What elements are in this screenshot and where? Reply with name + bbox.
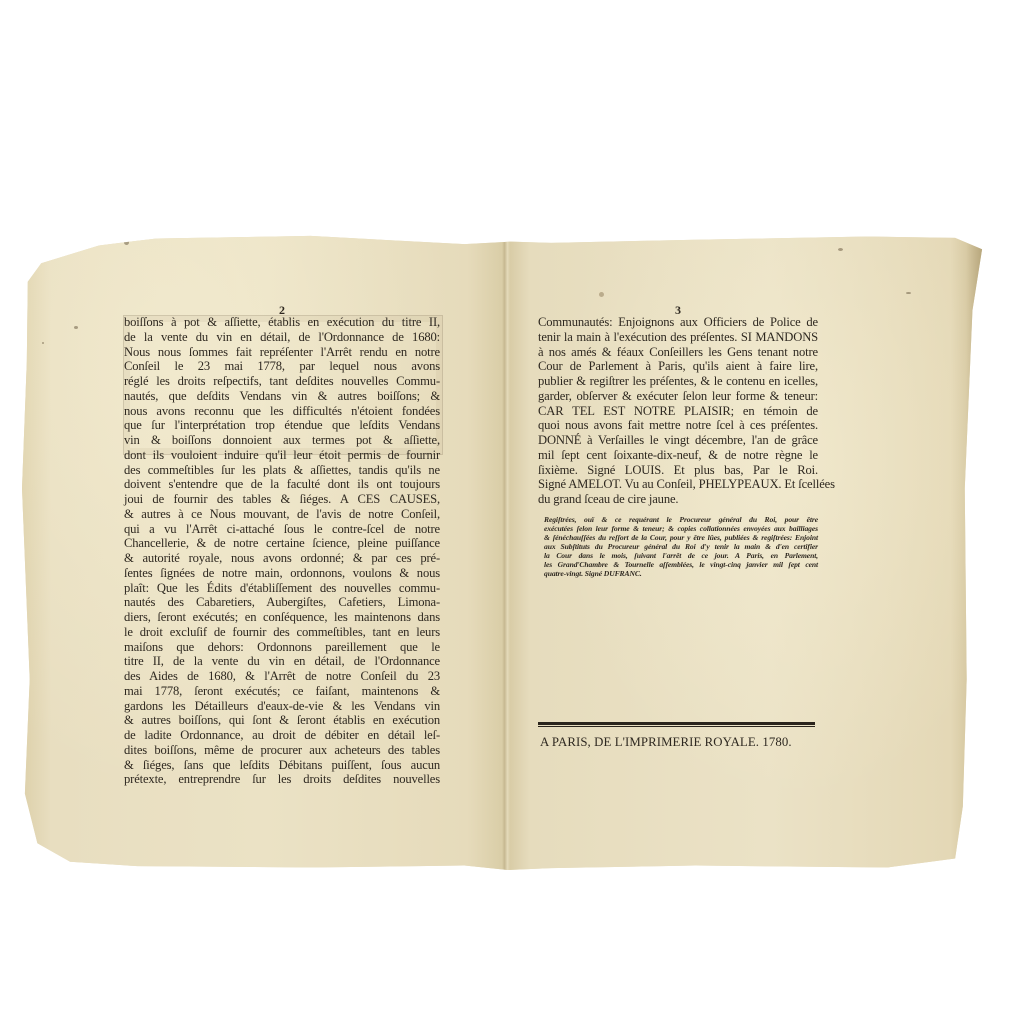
text-line: doivent s'entendre que de la faculté don…: [124, 477, 440, 492]
registration-line: les Grand'Chambre & Tournelle aſſemblées…: [544, 560, 818, 569]
stain-mark: [906, 292, 911, 294]
text-line: maiſons que dehors: Ordonnons pareilleme…: [124, 640, 440, 655]
text-line: garder, obſerver & exécuter ſelon leur f…: [538, 389, 818, 404]
page-number: 3: [538, 306, 818, 315]
text-line: vin & boiſſons donnoient aux termes pot …: [124, 433, 440, 448]
right-page: 3 Communautés: Enjoignons aux Officiers …: [506, 234, 984, 870]
imprint-block: A PARIS, DE L'IMPRIMERIE ROYALE. 1780.: [538, 722, 815, 750]
text-line: publier & regiſtrer les préſentes, & le …: [538, 374, 818, 389]
text-line: ſentes ſignées de notre main, ordonnons,…: [124, 566, 440, 581]
text-line: tenir la main à l'exécution des préſente…: [538, 330, 818, 345]
stain-mark: [42, 342, 44, 344]
text-line: plaît: Que les Édits d'établiſſement des…: [124, 581, 440, 596]
text-line: & autres boiſſons, qui ſont & ſeront éta…: [124, 713, 440, 728]
registration-line: & ſénéchauſſées du reſſort de la Cour, p…: [544, 533, 818, 542]
text-line: qui a vu l'Arrêt ci-attaché ſous le cont…: [124, 522, 440, 537]
text-line: réglé les droits reſpectifs, tant deſdit…: [124, 374, 440, 389]
text-line: Conſeil le 23 mai 1778, par lequel nous …: [124, 359, 440, 374]
registration-line: quatre-vingt. Signé DUFRANC.: [544, 569, 818, 578]
text-line: titre II, de la vente du vin en détail, …: [124, 654, 440, 669]
text-line: dont ils vouloient induire qu'il leur ét…: [124, 448, 440, 463]
text-line: joui de fournir des tables & ſiéges. A C…: [124, 492, 440, 507]
text-line: boiſſons à pot & aſſiette, établis en ex…: [124, 315, 440, 330]
text-line: du grand ſceau de cire jaune.: [538, 492, 818, 507]
registration-line: exécutées ſelon leur forme & teneur; & c…: [544, 524, 818, 533]
text-line: mai 1778, ſeront exécutés; ce faiſant, m…: [124, 684, 440, 699]
text-line: & autres à ce Nous mouvant, de l'avis de…: [124, 507, 440, 522]
registration-line: la Cour dans le mois, ſuivant l'arrêt de…: [544, 551, 818, 560]
double-rule-thick: [538, 722, 815, 725]
registration-note: Regiſtrées, ouï & ce requérant le Procur…: [538, 515, 818, 578]
stain-mark: [74, 326, 78, 329]
printer-imprint: A PARIS, DE L'IMPRIMERIE ROYALE. 1780.: [538, 735, 815, 750]
registration-line: aux Subſtituts du Procureur général du R…: [544, 542, 818, 551]
right-page-text: 3 Communautés: Enjoignons aux Officiers …: [538, 306, 818, 578]
text-line: que ſur l'interprétation trop étendue qu…: [124, 418, 440, 433]
text-line: diers, ſeront exécutés; en conſéquence, …: [124, 610, 440, 625]
stain-mark: [599, 292, 604, 297]
text-line: CAR TEL EST NOTRE PLAISIR; en témoin de: [538, 404, 818, 419]
double-rule-thin: [538, 726, 815, 727]
text-line: nautés, que deſdits Vendans vin & autres…: [124, 389, 440, 404]
text-line: nautés des Cabaretiers, Aubergiſtes, Caf…: [124, 595, 440, 610]
text-line: Signé AMELOT. Vu au Conſeil, PHELYPEAUX.…: [538, 477, 818, 492]
open-document-sheet: 2 boiſſons à pot & aſſiette, établis en …: [22, 234, 984, 870]
text-line: des commeſtibles ſur les plats & aſſiett…: [124, 463, 440, 478]
stain-mark: [124, 240, 129, 245]
text-line: le droit excluſif de fournir des commeſt…: [124, 625, 440, 640]
book-spine-fold: [502, 234, 510, 870]
text-line: Communautés: Enjoignons aux Officiers de…: [538, 315, 818, 330]
page-number: 2: [124, 306, 440, 315]
text-line: prétexte, entreprendre ſur les droits de…: [124, 772, 440, 787]
registration-line: Regiſtrées, ouï & ce requérant le Procur…: [544, 515, 818, 524]
text-line: Cour de Parlement à Paris, qu'ils aient …: [538, 359, 818, 374]
text-line: Chancellerie, & de notre certaine ſcienc…: [124, 536, 440, 551]
text-line: DONNÉ à Verſailles le vingt décembre, l'…: [538, 433, 818, 448]
text-line: Nous nous ſommes fait repréſenter l'Arrê…: [124, 345, 440, 360]
text-line: gardons les Détailleurs d'eaux-de-vie & …: [124, 699, 440, 714]
text-line: dites boiſſons, même de procurer aux ach…: [124, 743, 440, 758]
left-page: 2 boiſſons à pot & aſſiette, établis en …: [22, 234, 506, 870]
text-line: mil ſept cent ſoixante-dix-neuf, & de no…: [538, 448, 818, 463]
text-line: nous avons reconnu que les difficultés n…: [124, 404, 440, 419]
scene: 2 boiſſons à pot & aſſiette, établis en …: [0, 0, 1024, 1024]
text-line: à nos amés & féaux Conſeillers les Gens …: [538, 345, 818, 360]
text-line: ſixième. Signé LOUIS. Et plus bas, Par l…: [538, 463, 818, 478]
text-line: & ſiéges, ſans que leſdits Débitans puiſ…: [124, 758, 440, 773]
text-line: & autorité royale, nous avons ordonné; &…: [124, 551, 440, 566]
text-line: quoi nous avons fait mettre notre ſcel à…: [538, 418, 818, 433]
left-page-text: 2 boiſſons à pot & aſſiette, établis en …: [124, 306, 440, 787]
page-edge-fold: [966, 242, 984, 862]
text-line: de la vente du vin en détail, de l'Ordon…: [124, 330, 440, 345]
text-line: de ladite Ordonnance, au droit de débite…: [124, 728, 440, 743]
text-line: des Aides de 1680, & l'Arrêt de notre Co…: [124, 669, 440, 684]
stain-mark: [838, 248, 843, 251]
